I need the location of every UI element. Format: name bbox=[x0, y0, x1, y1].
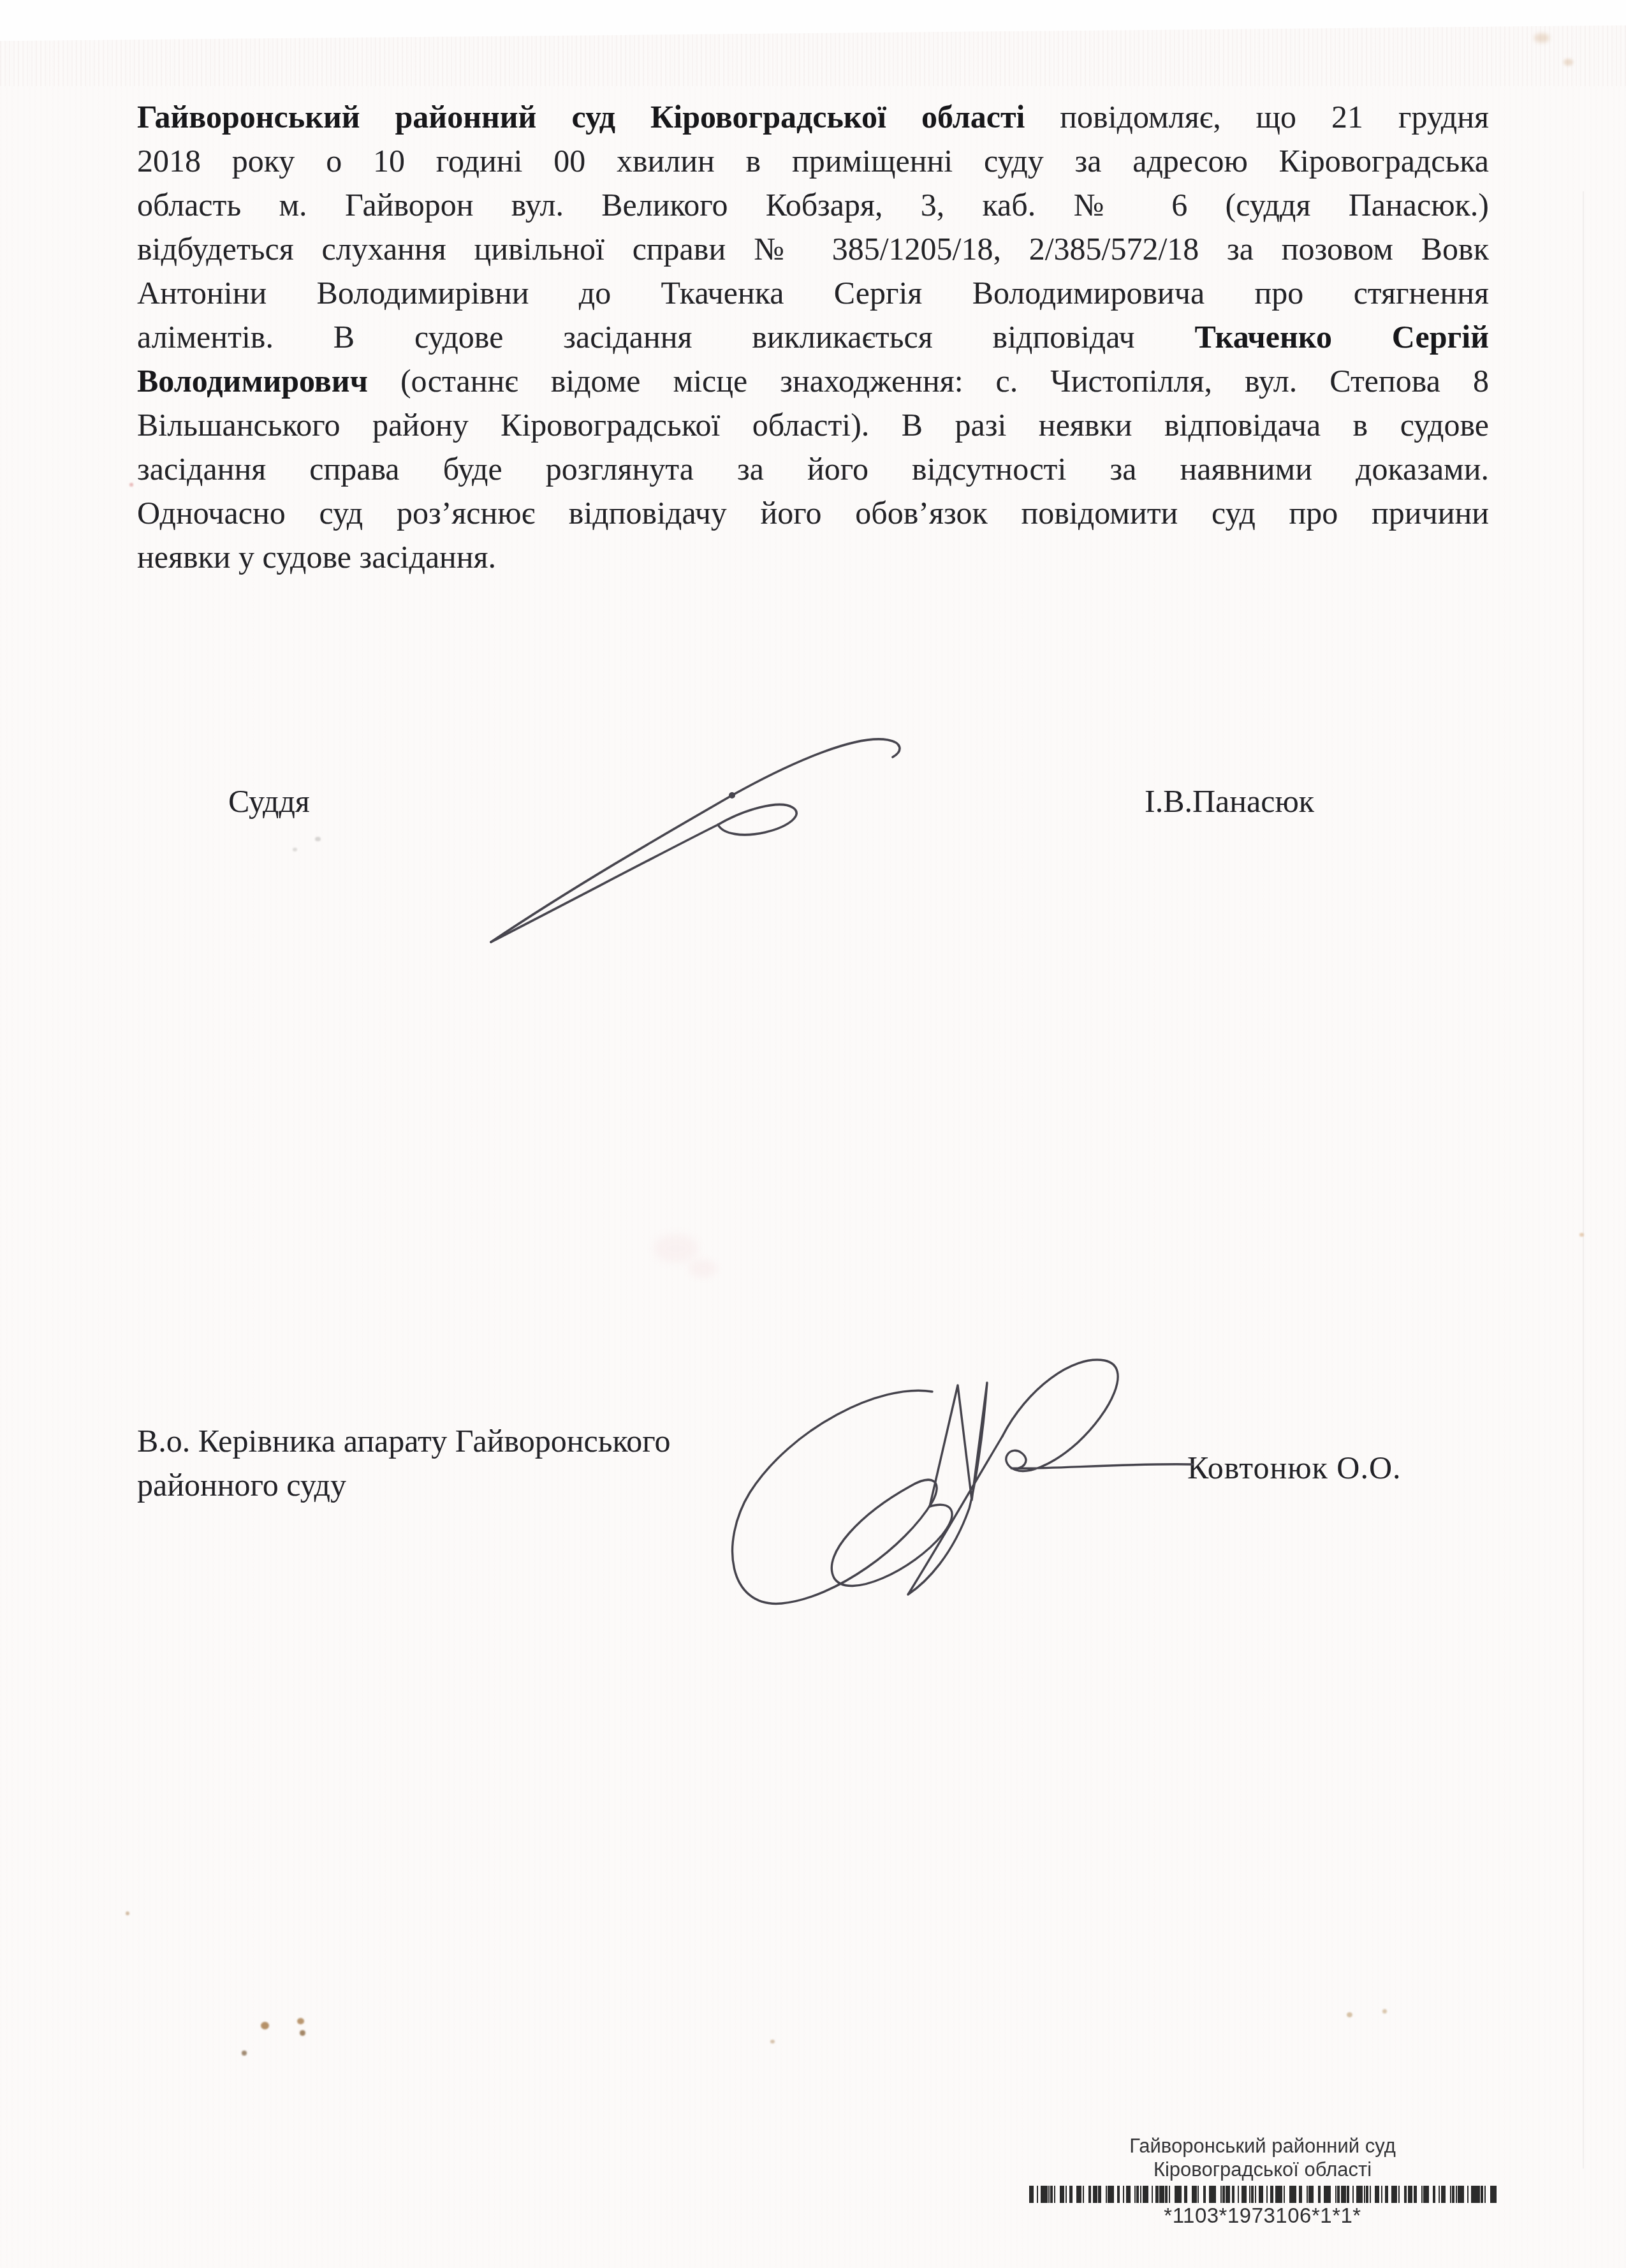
notice-text: засідання справа буде розглянута за його… bbox=[137, 451, 1489, 487]
clerk-role-label: В.о. Керівника апарату Гайворонського ра… bbox=[137, 1419, 839, 1507]
scan-speck bbox=[293, 848, 297, 851]
scan-speck bbox=[1382, 2009, 1387, 2014]
clerk-name: Ковтонюк О.О. bbox=[1187, 1449, 1402, 1486]
notice-text: неявки у судове засідання. bbox=[137, 539, 496, 575]
paper-edge-shadow bbox=[1583, 191, 1584, 2169]
notice-text: 2018 року о 10 годині 00 хвилин в приміщ… bbox=[137, 143, 1489, 179]
scan-speck bbox=[129, 483, 133, 487]
scan-speck bbox=[261, 2022, 269, 2029]
judge-signature bbox=[491, 739, 900, 942]
notice-line: аліментів. В судове засідання викликаєть… bbox=[137, 315, 1489, 359]
scan-smudge bbox=[1534, 33, 1549, 43]
notice-line: 2018 року о 10 годині 00 хвилин в приміщ… bbox=[137, 139, 1489, 183]
notice-bold-text: Володимирович bbox=[137, 363, 368, 399]
scanned-court-document-page: { "page": { "paper_color": "#fcfaf9", "i… bbox=[0, 0, 1626, 2268]
notice-line: Володимирович (останнє відоме місце знах… bbox=[137, 359, 1489, 403]
notice-line: Антоніни Володимирівни до Ткаченка Сергі… bbox=[137, 271, 1489, 315]
notice-text: аліментів. В судове засідання викликаєть… bbox=[137, 319, 1194, 355]
scan-speck bbox=[242, 2051, 247, 2056]
barcode-value: *1103*1973106*1*1* bbox=[1024, 2204, 1501, 2228]
notice-line: область м. Гайворон вул. Великого Кобзар… bbox=[137, 183, 1489, 227]
notice-line: неявки у судове засідання. bbox=[137, 535, 1489, 579]
notice-text: відбудеться слухання цивільної справи № … bbox=[137, 231, 1489, 267]
notice-bold-text: Гайворонський районний суд Кіровоградськ… bbox=[137, 99, 1025, 135]
notice-bold-text: Ткаченко Сергій bbox=[1194, 319, 1489, 355]
judge-role-label: Суддя bbox=[228, 783, 310, 820]
notice-text: повідомляє, що 21 грудня bbox=[1025, 99, 1489, 135]
notice-text: (останнє відоме місце знаходження: с. Чи… bbox=[368, 363, 1489, 399]
judge-name: І.В.Панасюк bbox=[1145, 783, 1314, 820]
clerk-role-line-1: В.о. Керівника апарату Гайворонського bbox=[137, 1419, 839, 1463]
scan-speck bbox=[126, 1911, 129, 1915]
scan-speck bbox=[770, 2040, 775, 2043]
notice-line: Гайворонський районний суд Кіровоградськ… bbox=[137, 95, 1489, 139]
stamp-court-name-line-2: Кіровоградської області bbox=[1024, 2158, 1501, 2181]
court-barcode-stamp: Гайворонський районний суд Кіровоградськ… bbox=[1024, 2134, 1501, 2228]
notice-text: Вільшанського району Кіровоградської обл… bbox=[137, 407, 1489, 443]
notice-line: засідання справа буде розглянута за його… bbox=[137, 447, 1489, 491]
notice-text: область м. Гайворон вул. Великого Кобзар… bbox=[137, 187, 1489, 223]
notice-line: відбудеться слухання цивільної справи № … bbox=[137, 227, 1489, 271]
scan-speck bbox=[1579, 1233, 1584, 1237]
scan-smudge bbox=[1564, 59, 1573, 66]
notice-paragraph: Гайворонський районний суд Кіровоградськ… bbox=[137, 95, 1489, 579]
notice-line: Вільшанського району Кіровоградської обл… bbox=[137, 403, 1489, 447]
scan-speck bbox=[1347, 2012, 1352, 2017]
notice-text: Антоніни Володимирівни до Ткаченка Сергі… bbox=[137, 275, 1489, 311]
scan-smudge bbox=[654, 1234, 698, 1263]
notice-line: Одночасно суд роз’яснює відповідачу його… bbox=[137, 491, 1489, 535]
notice-text: Одночасно суд роз’яснює відповідачу його… bbox=[137, 495, 1489, 531]
scan-smudge bbox=[689, 1260, 717, 1278]
scan-speck bbox=[315, 837, 321, 841]
barcode bbox=[1029, 2186, 1497, 2203]
clerk-role-line-2: районного суду bbox=[137, 1463, 839, 1507]
stamp-court-name-line-1: Гайворонський районний суд bbox=[1024, 2134, 1501, 2158]
scan-speck bbox=[300, 2030, 305, 2036]
scan-speck bbox=[297, 2018, 304, 2024]
